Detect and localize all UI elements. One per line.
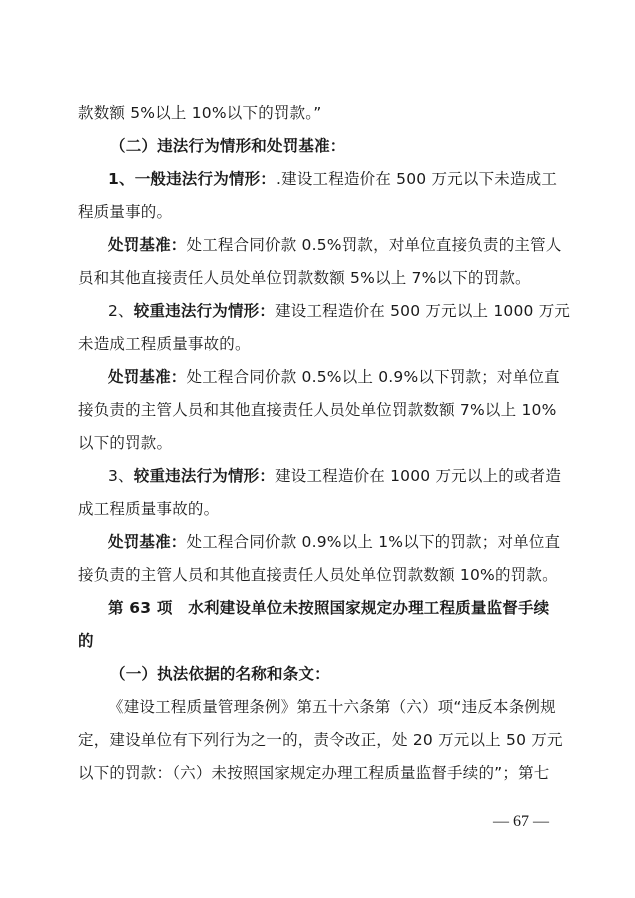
text-line: 2、较重违法行为情形：建设工程造价在 500 万元以上 1000 万元: [108, 301, 588, 321]
text: .建设工程造价在 500 万元以下未造成工: [276, 170, 557, 188]
text-line: 以下的罚款。: [78, 433, 558, 453]
text-line: 未造成工程质量事故的。: [78, 334, 558, 354]
text: 以下的罚款。: [78, 434, 172, 452]
bold-label: 较重违法行为情形：: [134, 302, 275, 320]
text: 处工程合同价款 0.5%罚款，对单位直接负责的主管人: [187, 236, 562, 254]
bold-label: 处罚基准：: [108, 236, 187, 254]
text-line: 处罚基准：处工程合同价款 0.9%以上 1%以下的罚款；对单位直: [108, 532, 588, 552]
heading-text: 第 63 项 水利建设单位未按照国家规定办理工程质量监督手续: [108, 599, 549, 617]
text-line: 员和其他直接责任人员处单位罚款数额 5%以上 7%以下的罚款。: [78, 268, 558, 288]
text: 建设工程造价在 1000 万元以上的或者造: [275, 467, 561, 485]
text: 款数额 5%以上 10%以下的罚款。”: [78, 104, 321, 122]
text: 接负责的主管人员和其他直接责任人员处单位罚款数额 10%的罚款。: [78, 566, 558, 584]
bold-label: 处罚基准：: [108, 368, 187, 386]
text-line: 成工程质量事故的。: [78, 499, 558, 519]
heading-text: 的: [78, 632, 94, 650]
item-number: 3、: [108, 467, 134, 485]
text: 《建设工程质量管理条例》第五十六条第（六）项“违反本条例规: [108, 698, 556, 716]
item-heading-continuation: 的: [78, 631, 558, 651]
bold-label: 较重违法行为情形：: [134, 467, 275, 485]
text-line: 定，建设单位有下列行为之一的，责令改正，处 20 万元以上 50 万元: [78, 730, 558, 750]
text-line: 接负责的主管人员和其他直接责任人员处单位罚款数额 7%以上 10%: [78, 400, 558, 420]
text-line: 《建设工程质量管理条例》第五十六条第（六）项“违反本条例规: [108, 697, 588, 717]
text: 程质量事的。: [78, 203, 172, 221]
text-line: 3、较重违法行为情形：建设工程造价在 1000 万元以上的或者造: [108, 466, 588, 486]
text: 处工程合同价款 0.9%以上 1%以下的罚款；对单位直: [187, 533, 561, 551]
text-line: 款数额 5%以上 10%以下的罚款。”: [78, 103, 558, 123]
document-page: 款数额 5%以上 10%以下的罚款。” （二）违法行为情形和处罚基准： 1、一般…: [0, 0, 635, 898]
section-heading: （二）违法行为情形和处罚基准：: [110, 136, 590, 156]
text-line: 1、一般违法行为情形：.建设工程造价在 500 万元以下未造成工: [108, 169, 588, 189]
item-number: 2、: [108, 302, 134, 320]
text-line: 处罚基准：处工程合同价款 0.5%以上 0.9%以下罚款；对单位直: [108, 367, 588, 387]
bold-label: 处罚基准：: [108, 533, 187, 551]
heading-text: （一）执法依据的名称和条文：: [110, 665, 330, 683]
text: 以下的罚款：（六）未按照国家规定办理工程质量监督手续的”；第七: [78, 764, 549, 782]
bold-label: 一般违法行为情形：: [135, 170, 276, 188]
text: 未造成工程质量事故的。: [78, 335, 251, 353]
item-heading: 第 63 项 水利建设单位未按照国家规定办理工程质量监督手续: [108, 598, 588, 618]
text: 定，建设单位有下列行为之一的，责令改正，处 20 万元以上 50 万元: [78, 731, 563, 749]
text-line: 以下的罚款：（六）未按照国家规定办理工程质量监督手续的”；第七: [78, 763, 558, 783]
section-heading: （一）执法依据的名称和条文：: [110, 664, 590, 684]
text: 处工程合同价款 0.5%以上 0.9%以下罚款；对单位直: [187, 368, 560, 386]
text: 接负责的主管人员和其他直接责任人员处单位罚款数额 7%以上 10%: [78, 401, 557, 419]
text-line: 接负责的主管人员和其他直接责任人员处单位罚款数额 10%的罚款。: [78, 565, 558, 585]
page-number: — 67 —: [493, 813, 549, 831]
item-number: 1、: [108, 170, 135, 188]
text: 成工程质量事故的。: [78, 500, 219, 518]
text-line: 程质量事的。: [78, 202, 558, 222]
text: 建设工程造价在 500 万元以上 1000 万元: [275, 302, 570, 320]
heading-text: （二）违法行为情形和处罚基准：: [110, 137, 346, 155]
text-line: 处罚基准：处工程合同价款 0.5%罚款，对单位直接负责的主管人: [108, 235, 588, 255]
text: 员和其他直接责任人员处单位罚款数额 5%以上 7%以下的罚款。: [78, 269, 531, 287]
